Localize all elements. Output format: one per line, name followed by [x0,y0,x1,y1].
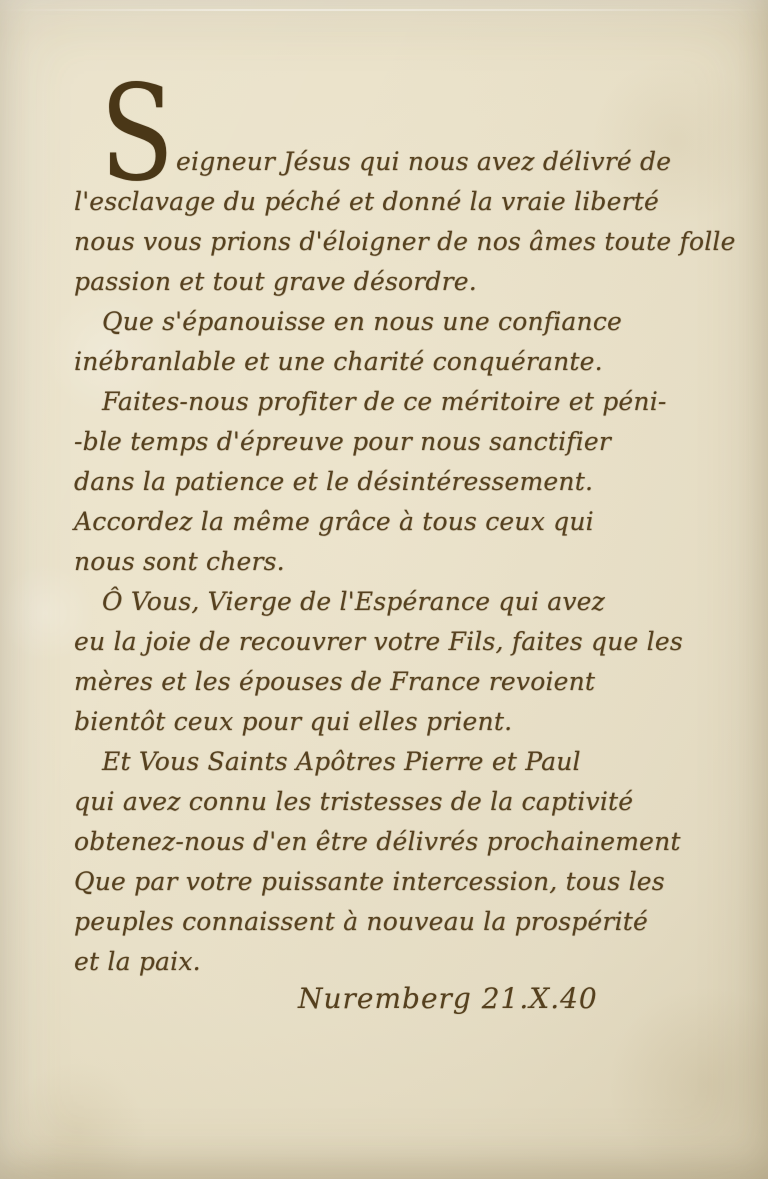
handwritten-line: bientôt ceux pour qui elles prient. [74,702,734,742]
handwritten-line: Et Vous Saints Apôtres Pierre et Paul [74,742,734,782]
handwritten-line: et la paix. [74,942,734,982]
handwritten-line: nous sont chers. [74,542,734,582]
dateline: Nuremberg 21.X.40 [298,982,598,1015]
handwritten-line: Que par votre puissante intercession, to… [74,862,734,902]
handwritten-line: inébranlable et une charité conquérante. [74,342,734,382]
handwritten-line: qui avez connu les tristesses de la capt… [74,782,734,822]
handwritten-line: Accordez la même grâce à tous ceux qui [74,502,734,542]
handwritten-line: passion et tout grave désordre. [74,262,734,302]
handwritten-line: mères et les épouses de France revoient [74,662,734,702]
handwritten-line: peuples connaissent à nouveau la prospér… [74,902,734,942]
handwritten-line: Que s'épanouisse en nous une confiance [74,302,734,342]
handwritten-line: -ble temps d'épreuve pour nous sanctifie… [74,422,734,462]
handwritten-line: Ô Vous, Vierge de l'Espérance qui avez [74,582,734,622]
handwritten-line: dans la patience et le désintéressement. [74,462,734,502]
drop-cap-initial: S [100,68,174,200]
prayer-text: eigneur Jésus qui nous avez délivré del'… [74,142,734,982]
handwritten-line: nous vous prions d'éloigner de nos âmes … [74,222,734,262]
manuscript-page: S eigneur Jésus qui nous avez délivré de… [0,0,768,1179]
handwritten-line: obtenez-nous d'en être délivrés prochain… [74,822,734,862]
handwritten-line: Faites-nous profiter de ce méritoire et … [74,382,734,422]
handwritten-line: eu la joie de recouvrer votre Fils, fait… [74,622,734,662]
